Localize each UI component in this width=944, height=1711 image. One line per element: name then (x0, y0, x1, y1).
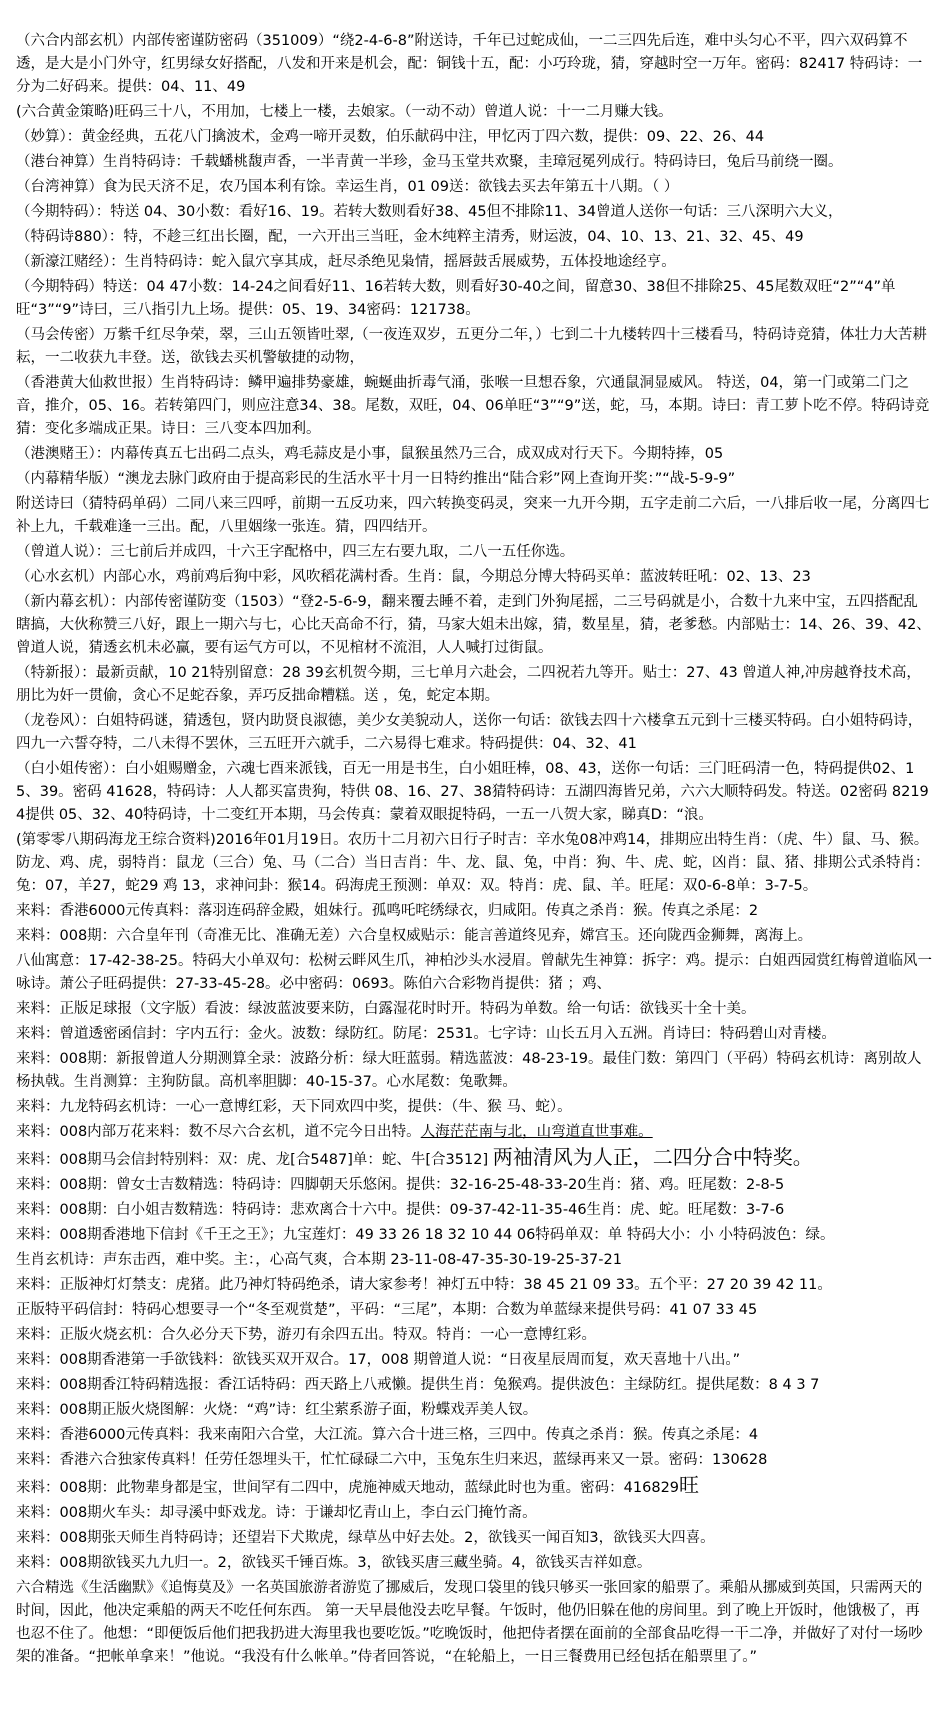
text-segment: （心水玄机）内部心水，鸡前鸡后狗中彩，风吹稻花满村香。生肖：鼠，今期总分博大特码… (16, 569, 811, 585)
text-paragraph: （特码诗880）：特，不趁三红出长圈，配，一六开出三当旺，金木纯粹主清秀，财运波… (16, 226, 932, 249)
text-segment: 来料：008期张天师生肖特码诗；还望岩下犬欺虎，绿草丛中好去处。2，欲钱买一闻百… (16, 1530, 715, 1546)
text-paragraph: （新濠江赌经）：生肖特码诗：蛇入鼠穴享其成，赶尽杀绝见枭情，摇唇鼓舌展威势，五体… (16, 251, 932, 274)
text-segment: 来料：008期香港第一手欲钱料：欲钱买双开双合。17，008 期曾道人说：“日夜… (16, 1352, 740, 1368)
text-paragraph: 来料：正版足球报（文字版）看波：绿波蓝波要来防，白露湿花时时开。特码为单数。给一… (16, 998, 932, 1021)
text-paragraph: （新内幕玄机）：内部传密谨防变（1503）“登2-5-6-9，翻来覆去睡不着，走… (16, 591, 932, 660)
text-segment: 来料：008期：曾女士吉数精选：特码诗：四脚朝天乐悠闲。提供：32-16-25-… (16, 1177, 784, 1193)
text-paragraph: （港澳赌王）：内幕传真五七出码二点头，鸡毛蒜皮是小事，鼠猴虽然乃三合，成双成对行… (16, 443, 932, 466)
text-segment: （今期特码）：特送 04、30小数：看好16、19。若转大数则看好38、45但不… (16, 204, 842, 220)
text-segment: 来料：008内部万花来料：数不尽六合玄机，道不完今日出特。 (16, 1124, 421, 1140)
text-paragraph: （六合内部玄机）内部传密谨防密码（351009）“绕2-4-6-8”附送诗，千年… (16, 30, 932, 99)
text-paragraph: 附送诗曰（猜特码单码）二同八来三四呼，前期一五反功来，四六转换变码灵，突来一九开… (16, 493, 932, 539)
text-segment: 来料：008期香港地下信封《千王之王》；九宝莲灯：49 33 26 18 32 … (16, 1227, 835, 1243)
text-segment: （新内幕玄机）：内部传密谨防变（1503）“登2-5-6-9，翻来覆去睡不着，走… (16, 594, 931, 656)
text-segment: 来料：008期：此物辈身都是宝，世间罕有二四中，虎施神威天地动，蓝绿此时也为重。… (16, 1480, 679, 1496)
text-paragraph: 来料：曾道透密函信封：字内五行：金火。波数：绿防红。防尾：2531。七字诗：山长… (16, 1023, 932, 1046)
text-paragraph: （今期特码）：特送 04、30小数：看好16、19。若转大数则看好38、45但不… (16, 201, 932, 224)
text-segment: （特新报）：最新贡献，10 21特别留意：28 39玄机贺今期，三七单月六赴会，… (16, 665, 921, 704)
text-paragraph: （白小姐传密）：白小姐赐赠金，六魂七酉来派钱，百无一用是书生，白小姐旺棒，08、… (16, 758, 932, 827)
text-paragraph: 八仙寓意：17-42-38-25。特码大小单双句：松树云畔风生爪，神柏沙头水浸眉… (16, 950, 932, 996)
emphasized-text-segment: 两袖清风为人正，二四分合中特奖。 (493, 1145, 813, 1169)
text-segment: （香港黄大仙救世报）生肖特码诗：鳞甲遍排势豪雄，蜿蜒曲折毒气涌，张喉一旦想吞象，… (16, 375, 929, 437)
text-segment: 来料：曾道透密函信封：字内五行：金火。波数：绿防红。防尾：2531。七字诗：山长… (16, 1026, 836, 1042)
text-segment: （特码诗880）：特，不趁三红出长圈，配，一六开出三当旺，金木纯粹主清秀，财运波… (16, 229, 804, 245)
text-paragraph: （港台神算）生肖特码诗：千载蟠桃馥声香，一半青黄一半珍，金马玉堂共欢聚，圭璋冠冕… (16, 151, 932, 174)
emphasized-text-segment: 旺 (679, 1473, 699, 1497)
text-segment: 来料：正版足球报（文字版）看波：绿波蓝波要来防，白露湿花时时开。特码为单数。给一… (16, 1001, 756, 1017)
text-segment: （内幕精华版）“澳龙去脉门政府由于提高彩民的生活水平十月一日特约推出“陆合彩”网… (16, 471, 735, 487)
text-paragraph: 正版特平码信封：特码心想要寻一个“冬至观赏楚”，平码：“三尾”，本期：合数为单蓝… (16, 1299, 932, 1322)
text-paragraph: 来料：008期：白小姐吉数精选：特码诗：悲欢离合十六中。提供：09-37-42-… (16, 1199, 932, 1222)
text-paragraph: 生肖玄机诗：声东击西，难中奖。主：，心高气爽，合本期 23-11-08-47-3… (16, 1249, 932, 1272)
text-segment: 来料：正版神灯灯禁支：虎猪。此乃神灯特码绝杀，请大家参考！神灯五中特：38 45… (16, 1277, 832, 1293)
text-segment: （台湾神算）食为民天济不足，农乃国本利有馀。幸运生肖，01 09送：欲钱去买去年… (16, 179, 678, 195)
text-paragraph: 来料：008期火车头：却寻溪中虾戏龙。诗：于谦却忆青山上，李白云门掩竹斋。 (16, 1502, 932, 1525)
text-paragraph: 来料：008期：新报曾道人分期测算全录：波路分析：绿大旺蓝弱。精选蓝波：48-2… (16, 1048, 932, 1094)
text-paragraph: （马会传密）万紫千红尽争荣，翠，三山五领皆吐翠,（一夜连双岁，五更分二年，）七到… (16, 324, 932, 370)
text-segment: （新濠江赌经）：生肖特码诗：蛇入鼠穴享其成，赶尽杀绝见枭情，摇唇鼓舌展威势，五体… (16, 254, 676, 270)
text-paragraph: （内幕精华版）“澳龙去脉门政府由于提高彩民的生活水平十月一日特约推出“陆合彩”网… (16, 468, 932, 491)
text-segment: （曾道人说）：三七前后并成四，十六王字配格中，四三左右要九取，二八一五任你选。 (16, 544, 574, 560)
text-paragraph: 来料：008期欲钱买九九归一。2，欲钱买千锤百炼。3，欲钱买唐三藏坐骑。4，欲钱… (16, 1552, 932, 1575)
text-segment: 八仙寓意：17-42-38-25。特码大小单双句：松树云畔风生爪，神柏沙头水浸眉… (16, 953, 932, 992)
text-segment: (六合黄金策略)旺码三十八，不用加，七楼上一楼，去娘家。（一动不动）曾道人说：十… (16, 104, 673, 120)
text-segment: 六合精选《生活幽默》《追悔莫及》一名英国旅游者游览了挪威后，发现口袋里的钱只够买… (16, 1580, 923, 1665)
text-paragraph: （香港黄大仙救世报）生肖特码诗：鳞甲遍排势豪雄，蜿蜒曲折毒气涌，张喉一旦想吞象，… (16, 372, 932, 441)
text-segment: 来料：008期：六合皇年刊（奇准无比、准确无差）六合皇权威贴示：能言善道终见弃，… (16, 928, 812, 944)
text-segment: 来料：008期：新报曾道人分期测算全录：波路分析：绿大旺蓝弱。精选蓝波：48-2… (16, 1051, 922, 1090)
text-segment: 来料：香港六合独家传真料！任劳任怨埋头干，忙忙碌碌二六中，玉兔东生归来迟，蓝绿再… (16, 1452, 767, 1468)
text-segment: 来料：008期欲钱买九九归一。2，欲钱买千锤百炼。3，欲钱买唐三藏坐骑。4，欲钱… (16, 1555, 651, 1571)
text-paragraph: （心水玄机）内部心水，鸡前鸡后狗中彩，风吹稻花满村香。生肖：鼠，今期总分博大特码… (16, 566, 932, 589)
text-paragraph: （曾道人说）：三七前后并成四，十六王字配格中，四三左右要九取，二八一五任你选。 (16, 541, 932, 564)
text-segment: 来料：香港6000元传真料：落羽连码辞金殿，姐妹行。孤鸣吒咤绣绿衣，归咸阳。传真… (16, 903, 758, 919)
text-segment: (第零零八期码海龙王综合资料)2016年01月19日。农历十二月初六日行子时吉：… (16, 832, 930, 894)
text-paragraph: 来料：008期香江特码精选报：香江话特码：西天路上八戒懒。提供生肖：兔猴鸡。提供… (16, 1374, 932, 1397)
text-segment: （六合内部玄机）内部传密谨防密码（351009）“绕2-4-6-8”附送诗，千年… (16, 33, 922, 95)
text-segment: 来料：香港6000元传真料：我来南阳六合堂，大江流。算六合十进三格，三四中。传真… (16, 1427, 758, 1443)
text-paragraph: 来料：正版神灯灯禁支：虎猪。此乃神灯特码绝杀，请大家参考！神灯五中特：38 45… (16, 1274, 932, 1297)
text-paragraph: 来料：008期：曾女士吉数精选：特码诗：四脚朝天乐悠闲。提供：32-16-25-… (16, 1174, 932, 1197)
text-paragraph: 来料：008期香港第一手欲钱料：欲钱买双开双合。17，008 期曾道人说：“日夜… (16, 1349, 932, 1372)
text-paragraph: 来料：正版火烧玄机：合久必分天下势，游刃有余四五出。特双。特肖：一心一意博红彩。 (16, 1324, 932, 1347)
text-paragraph: 来料：008期张天师生肖特码诗；还望岩下犬欺虎，绿草丛中好去处。2，欲钱买一闻百… (16, 1527, 932, 1550)
text-segment: （白小姐传密）：白小姐赐赠金，六魂七酉来派钱，百无一用是书生，白小姐旺棒，08、… (16, 761, 929, 823)
text-segment: 来料：008期：白小姐吉数精选：特码诗：悲欢离合十六中。提供：09-37-42-… (16, 1202, 784, 1218)
text-segment: 来料：008期香江特码精选报：香江话特码：西天路上八戒懒。提供生肖：兔猴鸡。提供… (16, 1377, 819, 1393)
text-segment: （妙算）：黄金经典，五花八门擒波术，金鸡一啼开灵数，伯乐献码中注，甲忆丙丁四六数… (16, 129, 764, 145)
text-segment: 生肖玄机诗：声东击西，难中奖。主：，心高气爽，合本期 23-11-08-47-3… (16, 1252, 622, 1268)
underlined-text-segment: 人海茫茫南与北，山弯道直世事难。 (421, 1124, 653, 1140)
text-segment: （港澳赌王）：内幕传真五七出码二点头，鸡毛蒜皮是小事，鼠猴虽然乃三合，成双成对行… (16, 446, 723, 462)
text-segment: 来料：008期正版火烧图解：火烧：“鸡”诗：红尘萦系游子面，粉蝶戏弄美人钗。 (16, 1402, 537, 1418)
text-paragraph: （妙算）：黄金经典，五花八门擒波术，金鸡一啼开灵数，伯乐献码中注，甲忆丙丁四六数… (16, 126, 932, 149)
text-segment: （港台神算）生肖特码诗：千载蟠桃馥声香，一半青黄一半珍，金马玉堂共欢聚，圭璋冠冕… (16, 154, 843, 170)
text-paragraph: （特新报）：最新贡献，10 21特别留意：28 39玄机贺今期，三七单月六赴会，… (16, 662, 932, 708)
text-paragraph: 来料：008期香港地下信封《千王之王》；九宝莲灯：49 33 26 18 32 … (16, 1224, 932, 1247)
text-segment: 来料：九龙特码玄机诗：一心一意博红彩，天下同欢四中奖，提供：（牛、猴 马、蛇）。 (16, 1099, 572, 1115)
text-paragraph: 来料：008期：此物辈身都是宝，世间罕有二四中，虎施神威天地动，蓝绿此时也为重。… (16, 1474, 932, 1500)
text-paragraph: 来料：香港六合独家传真料！任劳任怨埋头干，忙忙碌碌二六中，玉兔东生归来迟，蓝绿再… (16, 1449, 932, 1472)
text-paragraph: (六合黄金策略)旺码三十八，不用加，七楼上一楼，去娘家。（一动不动）曾道人说：十… (16, 101, 932, 124)
text-segment: 正版特平码信封：特码心想要寻一个“冬至观赏楚”，平码：“三尾”，本期：合数为单蓝… (16, 1302, 757, 1318)
text-segment: 来料：008期马会信封特别料：双：虎、龙[合5487]单：蛇、牛[合3512] (16, 1152, 493, 1168)
text-segment: （马会传密）万紫千红尽争荣，翠，三山五领皆吐翠,（一夜连双岁，五更分二年，）七到… (16, 327, 927, 366)
text-segment: （今期特码）特送：04 47小数：14-24之间看好11、16若转大数，则看好3… (16, 279, 895, 318)
text-paragraph: 来料：九龙特码玄机诗：一心一意博红彩，天下同欢四中奖，提供：（牛、猴 马、蛇）。 (16, 1096, 932, 1119)
text-paragraph: （龙卷风）：白姐特码谜，猜透包，贤内助贤良淑德，美少女美貌动人，送你一句话：欲钱… (16, 710, 932, 756)
text-paragraph: 来料：008期马会信封特别料：双：虎、龙[合5487]单：蛇、牛[合3512] … (16, 1146, 932, 1172)
text-segment: 来料：正版火烧玄机：合久必分天下势，游刃有余四五出。特双。特肖：一心一意博红彩。 (16, 1327, 596, 1343)
text-paragraph: 来料：008期正版火烧图解：火烧：“鸡”诗：红尘萦系游子面，粉蝶戏弄美人钗。 (16, 1399, 932, 1422)
text-paragraph: 六合精选《生活幽默》《追悔莫及》一名英国旅游者游览了挪威后，发现口袋里的钱只够买… (16, 1577, 932, 1669)
text-segment: （龙卷风）：白姐特码谜，猜透包，贤内助贤良淑德，美少女美貌动人，送你一句话：欲钱… (16, 713, 922, 752)
text-paragraph: 来料：香港6000元传真料：落羽连码辞金殿，姐妹行。孤鸣吒咤绣绿衣，归咸阳。传真… (16, 900, 932, 923)
text-segment: 来料：008期火车头：却寻溪中虾戏龙。诗：于谦却忆青山上，李白云门掩竹斋。 (16, 1505, 537, 1521)
text-segment: 附送诗曰（猜特码单码）二同八来三四呼，前期一五反功来，四六转换变码灵，突来一九开… (16, 496, 930, 535)
text-paragraph: （今期特码）特送：04 47小数：14-24之间看好11、16若转大数，则看好3… (16, 276, 932, 322)
text-paragraph: 来料：008内部万花来料：数不尽六合玄机，道不完今日出特。人海茫茫南与北，山弯道… (16, 1121, 932, 1144)
text-paragraph: （台湾神算）食为民天济不足，农乃国本利有馀。幸运生肖，01 09送：欲钱去买去年… (16, 176, 932, 199)
text-paragraph: (第零零八期码海龙王综合资料)2016年01月19日。农历十二月初六日行子时吉：… (16, 829, 932, 898)
text-paragraph: 来料：香港6000元传真料：我来南阳六合堂，大江流。算六合十进三格，三四中。传真… (16, 1424, 932, 1447)
document-body: （六合内部玄机）内部传密谨防密码（351009）“绕2-4-6-8”附送诗，千年… (0, 0, 944, 1711)
text-paragraph: 来料：008期：六合皇年刊（奇准无比、准确无差）六合皇权威贴示：能言善道终见弃，… (16, 925, 932, 948)
